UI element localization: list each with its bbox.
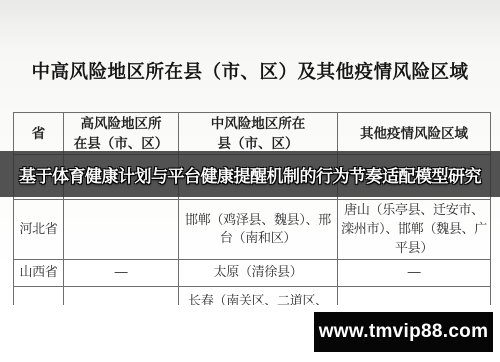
header-cell-high-risk: 高风险地区所 在县（市、区） bbox=[64, 113, 179, 155]
watermark-url-text: www.tmvip88.com bbox=[319, 321, 489, 343]
document-photo: 中高风险地区所在县（市、区）及其他疫情风险区域 省 高风险地区所 在县（市、区）… bbox=[0, 0, 500, 362]
cell-other-risk: 唐山（乐亭县、迁安市、滦州市）、邯郸（魏县、广平县） bbox=[338, 200, 491, 260]
cell-other-risk bbox=[338, 286, 491, 305]
cell-province: 山西省 bbox=[14, 259, 64, 286]
risk-table-clip: 省 高风险地区所 在县（市、区） 中风险地区所在 县（市、区） 其他疫情风险区域… bbox=[13, 112, 492, 305]
header-mid-line1: 中风险地区所在 bbox=[211, 116, 306, 131]
overlay-caption-banner: 基于体育健康计划与平台健康提醒机制的行为节奏适配模型研究 bbox=[0, 151, 500, 197]
cell-high-risk bbox=[64, 286, 179, 305]
table-row-shanxi: 山西省 — 太原（清徐县） — bbox=[14, 259, 491, 286]
cell-mid-risk: 邯郸（鸡泽县、魏县）、邢台（南和区） bbox=[179, 200, 338, 260]
cell-high-risk bbox=[64, 200, 179, 260]
table-row-hebei: 河北省 邯郸（鸡泽县、魏县）、邢台（南和区） 唐山（乐亭县、迁安市、滦州市）、邯… bbox=[14, 200, 491, 260]
cell-other-risk: — bbox=[338, 259, 491, 286]
risk-table: 省 高风险地区所 在县（市、区） 中风险地区所在 县（市、区） 其他疫情风险区域… bbox=[13, 112, 491, 305]
header-mid-line2: 县（市、区） bbox=[218, 136, 299, 151]
cell-mid-risk: 太原（清徐县） bbox=[179, 259, 338, 286]
header-high-line1: 高风险地区所 bbox=[81, 116, 162, 131]
cell-high-risk: — bbox=[64, 259, 179, 286]
header-cell-mid-risk: 中风险地区所在 县（市、区） bbox=[179, 113, 338, 155]
watermark-badge: www.tmvip88.com bbox=[314, 312, 493, 352]
header-cell-other-risk: 其他疫情风险区域 bbox=[338, 113, 491, 155]
cell-province: 河北省 bbox=[14, 200, 64, 260]
header-cell-province: 省 bbox=[14, 113, 64, 155]
table-row-clipped: 长春（南关区、二道区、净 bbox=[14, 286, 491, 305]
cell-mid-risk: 长春（南关区、二道区、净 bbox=[179, 286, 338, 305]
cell-province bbox=[14, 286, 64, 305]
page-title: 中高风险地区所在县（市、区）及其他疫情风险区域 bbox=[0, 58, 500, 84]
header-high-line2: 在县（市、区） bbox=[74, 136, 169, 151]
overlay-caption-text: 基于体育健康计划与平台健康提醒机制的行为节奏适配模型研究 bbox=[19, 162, 481, 187]
table-header-row: 省 高风险地区所 在县（市、区） 中风险地区所在 县（市、区） 其他疫情风险区域 bbox=[14, 113, 491, 155]
